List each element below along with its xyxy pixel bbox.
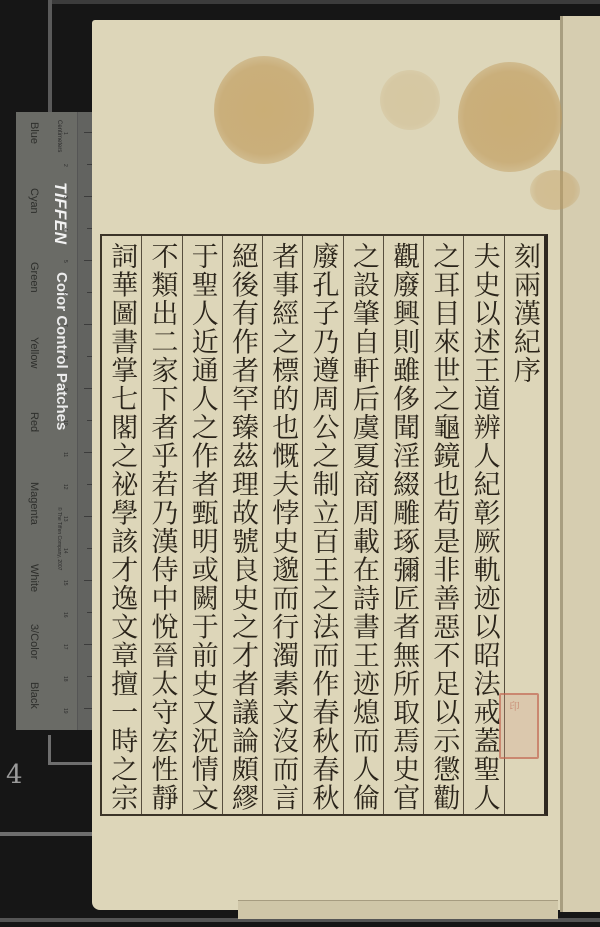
mat-divider xyxy=(48,735,51,765)
tiffen-logo: TIFFEN xyxy=(50,182,70,245)
printed-text-frame: 刻兩漢紀序 夫史以述王道辨人紀彰厥軌迹以昭法戒蓋聖人 之耳目來世之龜鏡也苟是非善… xyxy=(100,234,548,816)
mat-divider xyxy=(0,832,100,836)
cm-mark: 1 xyxy=(62,132,68,135)
text-columns: 刻兩漢紀序 夫史以述王道辨人紀彰厥軌迹以昭法戒蓋聖人 之耳目來世之龜鏡也苟是非善… xyxy=(102,236,544,814)
text-column: 者事經之標的也慨夫悖史邈而行濁素文沒而言 xyxy=(262,236,302,814)
page-stack-edge xyxy=(238,900,558,919)
product-name: Color Control Patches xyxy=(53,272,70,430)
cm-mark: 4 xyxy=(62,228,68,231)
water-stain xyxy=(530,170,580,210)
water-stain xyxy=(458,62,562,172)
text-column: 觀廢興則雖侈聞淫綴雕琢彌匠者無所取焉史官 xyxy=(383,236,423,814)
patch-label: Blue xyxy=(28,122,40,144)
cm-mark: 8 xyxy=(62,356,68,359)
seal-glyph: 印 xyxy=(505,701,520,711)
water-stain xyxy=(380,70,440,130)
text-column: 詞華圖書掌七閣之祕學該才逸文章擅一時之宗 xyxy=(102,236,141,814)
text-column: 絕後有作者罕臻茲理故號良史之才者議論頗繆 xyxy=(222,236,262,814)
text-column: 不類出二家下者乎若乃漢侍中悅晉太守宏性靜 xyxy=(141,236,181,814)
mat-top-edge xyxy=(48,0,600,4)
color-control-strip: Centimeters TIFFEN Color Control Patches… xyxy=(16,112,93,730)
cm-mark: 2 xyxy=(62,164,68,167)
red-collector-seal: 印 xyxy=(499,693,539,759)
text-column: 之耳目來世之龜鏡也苟是非善惡不足以示懲勸 xyxy=(423,236,463,814)
patch-label: Magenta xyxy=(28,482,40,525)
text-column: 廢孔子乃遵周公之制立百王之法而作春秋春秋 xyxy=(302,236,342,814)
water-stain xyxy=(214,56,314,164)
cm-mark: 16 xyxy=(62,612,68,618)
patch-label: White xyxy=(28,564,40,592)
cm-mark: 10 xyxy=(62,420,68,426)
cm-mark: 15 xyxy=(62,580,68,586)
cm-mark: 17 xyxy=(62,644,68,650)
cm-mark: 18 xyxy=(62,676,68,682)
cm-mark: 6 xyxy=(62,292,68,295)
text-column: 夫史以述王道辨人紀彰厥軌迹以昭法戒蓋聖人 xyxy=(463,236,503,814)
cm-mark: 7 xyxy=(62,324,68,327)
cm-mark: 14 xyxy=(62,548,68,554)
patch-label: Cyan xyxy=(28,188,40,214)
cm-mark: 19 xyxy=(62,708,68,714)
cm-mark: 9 xyxy=(62,388,68,391)
mat-divider xyxy=(48,0,52,112)
patch-label: Green xyxy=(28,262,40,293)
cm-mark: 11 xyxy=(62,452,68,457)
cm-mark: 3 xyxy=(62,196,68,199)
ruler-unit-label: Centimeters xyxy=(56,120,62,152)
patch-label: 3/Color xyxy=(28,624,40,659)
cm-mark: 13 xyxy=(62,516,68,522)
cm-mark: 12 xyxy=(62,484,68,490)
plate-number: 4 xyxy=(6,760,23,790)
cm-mark: 5 xyxy=(62,260,68,263)
patch-label: Black xyxy=(28,682,40,709)
patch-label: Red xyxy=(28,412,40,432)
next-page-edge xyxy=(560,16,600,912)
text-column: 之設肇自軒后虞夏商周載在詩書王迹熄而人倫 xyxy=(343,236,383,814)
text-column: 于聖人近通人之作者甄明或闕于前史又況情文 xyxy=(182,236,222,814)
centimeter-ruler xyxy=(77,112,92,730)
patch-label: Yellow xyxy=(28,337,40,368)
